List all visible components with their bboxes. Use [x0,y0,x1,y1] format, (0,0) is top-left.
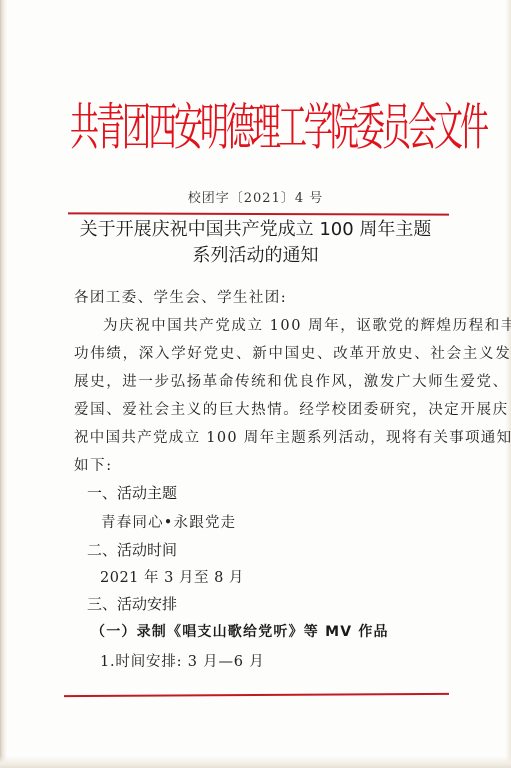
paragraph-line-1: 为庆祝中国共产党成立 100 周年，讴歌党的辉煌历程和丰 [103,314,511,335]
red-divider-top [68,212,449,215]
section-2-heading: 二、活动时间 [87,539,177,560]
section-1-content: 青春同心•永跟党走 [101,511,236,532]
salutation: 各团工委、学生会、学生社团: [74,286,287,307]
paragraph-line-5: 祝中国共产党成立 100 周年主题系列活动，现将有关事项通知 [74,426,511,447]
section-3-heading: 三、活动安排 [87,593,177,614]
section-3-subsection: （一）录制《唱支山歌给党听》等 MV 作品 [91,621,389,641]
document-number: 校团字〔2021〕4 号 [0,187,511,206]
paragraph-line-2: 功伟绩，深入学好党史、新中国史、改革开放史、社会主义发 [74,342,511,363]
notice-title: 关于开展庆祝中国共产党成立 100 周年主题 系列活动的通知 [0,217,511,269]
paragraph-line-6: 如下: [74,454,113,475]
title-line-2: 系列活动的通知 [0,243,511,269]
issuer-red-header: 共青团西安明德理工学院委员会文件 [70,69,450,185]
section-3-item-1: 1.时间安排: 3 月—6 月 [100,650,265,671]
red-divider-bottom [64,693,449,697]
scan-edge-bottom [0,756,511,768]
paragraph-line-4: 爱国、爱社会主义的巨大热情。经学校团委研究，决定开展庆 [74,398,509,419]
document-page: 共青团西安明德理工学院委员会文件 校团字〔2021〕4 号 关于开展庆祝中国共产… [0,0,511,768]
scan-edge-left [0,0,7,768]
paragraph-line-3: 展史，进一步弘扬革命传统和优良作风，激发广大师生爱党、 [74,370,509,391]
title-line-1: 关于开展庆祝中国共产党成立 100 周年主题 [0,217,511,243]
section-1-heading: 一、活动主题 [87,482,177,503]
section-2-content: 2021 年 3 月至 8 月 [100,566,244,587]
